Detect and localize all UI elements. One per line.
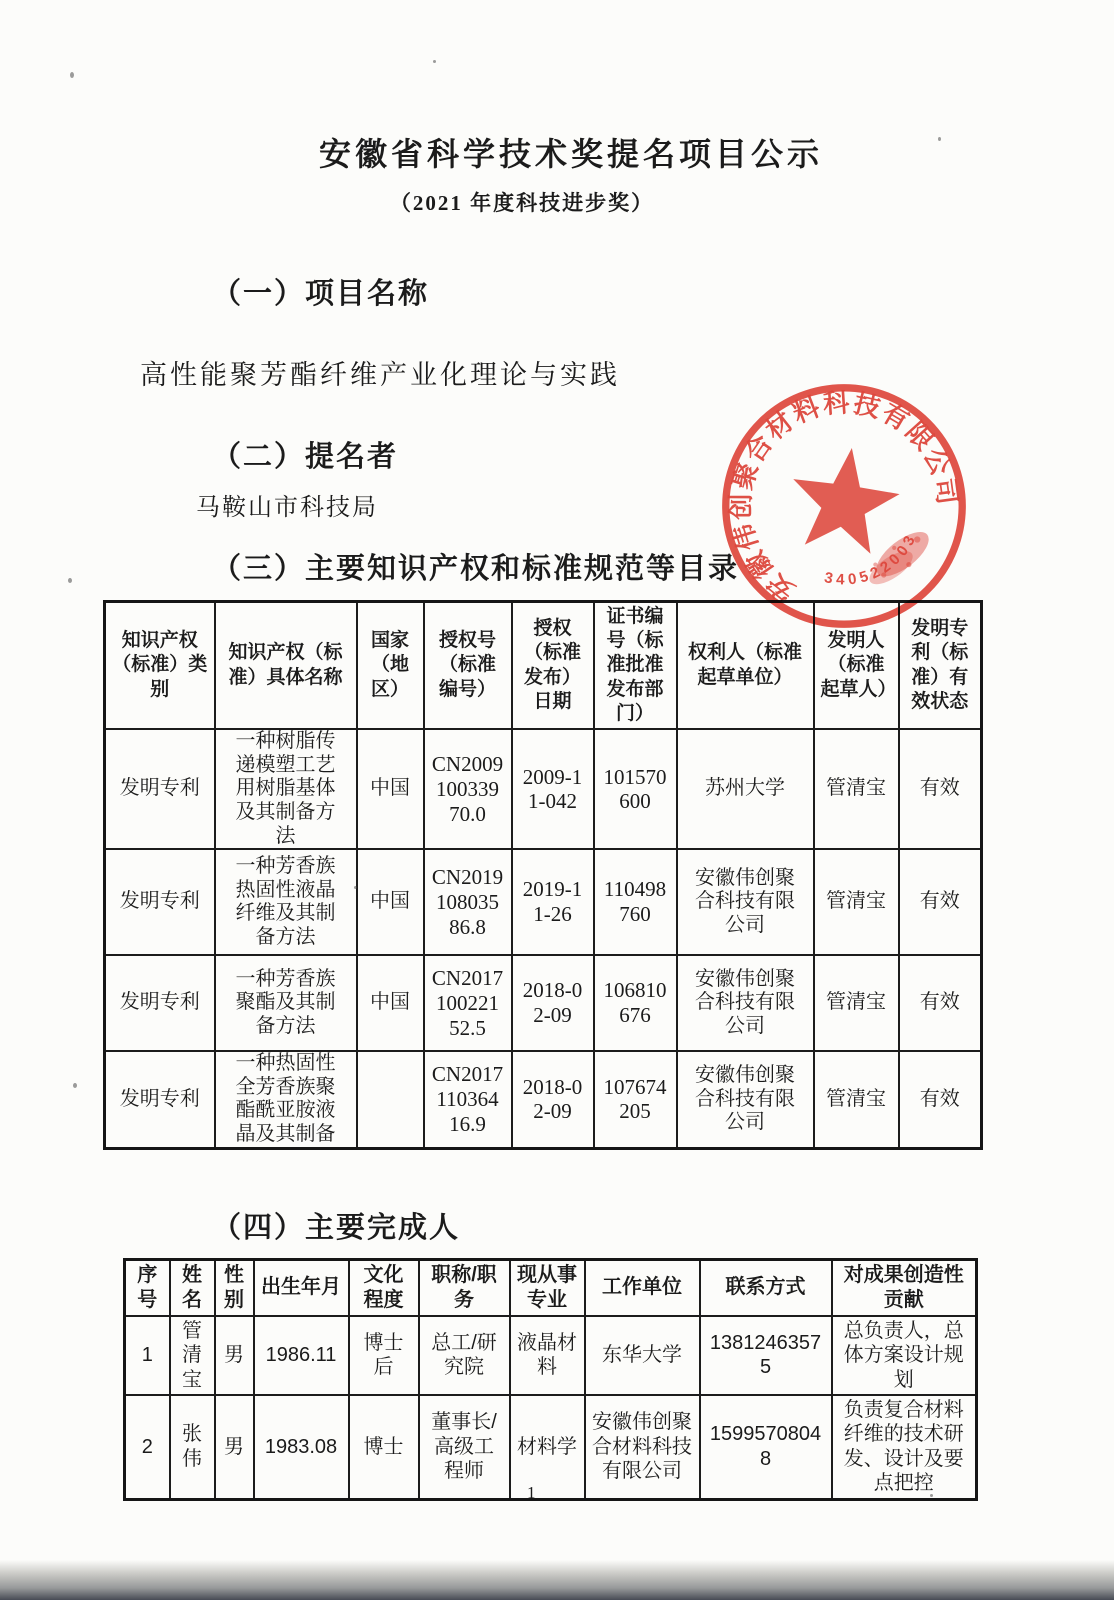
people-header-birth: 出生年月 (254, 1259, 349, 1316)
section-2-heading: （二）提名者 (0, 439, 1114, 475)
ipr-cell-country: 中国 (357, 849, 424, 955)
section-4-heading: （四）主要完成人 (0, 1210, 1114, 1246)
ipr-cell-status: 有效 (899, 955, 982, 1051)
ipr-cell-category: 发明专利 (105, 729, 215, 849)
people-header-title: 职称/职务 (419, 1259, 510, 1316)
people-header-name: 姓名 (170, 1259, 215, 1316)
ipr-cell-owner: 安徽伟创聚合科技有限公司 (677, 1051, 814, 1148)
scan-speck (354, 886, 357, 889)
people-cell-employer: 东华大学 (585, 1316, 700, 1395)
ipr-cell-inventor: 管清宝 (814, 1051, 899, 1148)
people-cell-title: 总工/研究院 (419, 1316, 510, 1395)
ipr-cell-cert-no: 107674205 (594, 1051, 677, 1148)
ipr-table: 知识产权（标准）类别 知识产权（标准）具体名称 国家（地区） 授权号（标准编号）… (103, 600, 983, 1150)
ipr-header-auth-no: 授权号（标准编号） (424, 601, 512, 729)
ipr-cell-auth-date: 2009-11-042 (512, 729, 594, 849)
ipr-cell-name: 一种树脂传递模塑工艺用树脂基体及其制备方法 (215, 729, 357, 849)
page-number: 1 (527, 1484, 536, 1501)
people-cell-education: 博士 (349, 1395, 419, 1499)
people-header-employer: 工作单位 (585, 1259, 700, 1316)
people-cell-title: 董事长/高级工程师 (419, 1395, 510, 1499)
ipr-cell-owner: 苏州大学 (677, 729, 814, 849)
ipr-cell-cert-no: 106810676 (594, 955, 677, 1051)
scan-speck (70, 72, 74, 78)
ipr-cell-auth-no: CN201711036416.9 (424, 1051, 512, 1148)
ipr-cell-auth-no: CN201910803586.8 (424, 849, 512, 955)
ipr-cell-auth-no: CN201710022152.5 (424, 955, 512, 1051)
people-cell-gender: 男 (215, 1395, 254, 1499)
ipr-cell-cert-no: 110498760 (594, 849, 677, 955)
project-name: 高性能聚芳酯纤维产业化理论与实践 (0, 358, 1114, 393)
ipr-header-auth-date: 授权（标准发布）日期 (512, 601, 594, 729)
people-cell-employer: 安徽伟创聚合材料科技有限公司 (585, 1395, 700, 1499)
ipr-cell-owner: 安徽伟创聚合科技有限公司 (677, 849, 814, 955)
people-cell-education: 博士后 (349, 1316, 419, 1395)
document-subtitle: （2021 年度科技进步奖） (0, 190, 1114, 217)
document-title: 安徽省科学技术奖提名项目公示 (0, 135, 1114, 173)
people-cell-contact: 13812463575 (700, 1316, 832, 1395)
ipr-cell-auth-date: 2018-02-09 (512, 1051, 594, 1148)
people-cell-no: 1 (125, 1316, 170, 1395)
scan-bottom-edge (0, 1560, 1114, 1600)
ipr-cell-auth-date: 2019-11-26 (512, 849, 594, 955)
people-cell-field: 材料学 (510, 1395, 585, 1499)
people-cell-field: 液晶材料 (510, 1316, 585, 1395)
ipr-cell-auth-no: CN200910033970.0 (424, 729, 512, 849)
ipr-header-category: 知识产权（标准）类别 (105, 601, 215, 729)
ipr-cell-category: 发明专利 (105, 955, 215, 1051)
ipr-cell-auth-date: 2018-02-09 (512, 955, 594, 1051)
ipr-cell-inventor: 管清宝 (814, 729, 899, 849)
ipr-cell-owner: 安徽伟创聚合科技有限公司 (677, 955, 814, 1051)
ipr-cell-country (357, 1051, 424, 1148)
ipr-cell-status: 有效 (899, 729, 982, 849)
ipr-cell-category: 发明专利 (105, 849, 215, 955)
ipr-cell-name: 一种芳香族热固性液晶纤维及其制备方法 (215, 849, 357, 955)
ipr-header-country: 国家（地区） (357, 601, 424, 729)
people-header-education: 文化程度 (349, 1259, 419, 1316)
ipr-cell-name: 一种热固性全芳香族聚酯酰亚胺液晶及其制备 (215, 1051, 357, 1148)
people-cell-name: 张伟 (170, 1395, 215, 1499)
people-table-row: 1 管清宝 男 1986.11 博士后 总工/研究院 液晶材料 东华大学 138… (125, 1316, 977, 1395)
people-cell-name: 管清宝 (170, 1316, 215, 1395)
people-cell-contact: 15995708048 (700, 1395, 832, 1499)
ipr-table-row: 发明专利 一种芳香族热固性液晶纤维及其制备方法 中国 CN20191080358… (105, 849, 982, 955)
nominator-name: 马鞍山市科技局 (0, 493, 1114, 524)
people-header-contact: 联系方式 (700, 1259, 832, 1316)
ipr-cell-country: 中国 (357, 729, 424, 849)
people-cell-contribution: 总负责人，总体方案设计规划 (832, 1316, 977, 1395)
ipr-header-owner: 权利人（标准起草单位） (677, 601, 814, 729)
people-header-gender: 性别 (215, 1259, 254, 1316)
ipr-cell-status: 有效 (899, 1051, 982, 1148)
ipr-cell-inventor: 管清宝 (814, 955, 899, 1051)
scan-speck (930, 1494, 933, 1497)
ipr-header-row: 知识产权（标准）类别 知识产权（标准）具体名称 国家（地区） 授权号（标准编号）… (105, 601, 982, 729)
people-table-row: 2 张伟 男 1983.08 博士 董事长/高级工程师 材料学 安徽伟创聚合材料… (125, 1395, 977, 1499)
ipr-cell-name: 一种芳香族聚酯及其制备方法 (215, 955, 357, 1051)
ipr-table-row: 发明专利 一种树脂传递模塑工艺用树脂基体及其制备方法 中国 CN20091003… (105, 729, 982, 849)
people-cell-contribution: 负责复合材料纤维的技术研发、设计及要点把控 (832, 1395, 977, 1499)
ipr-table-row: 发明专利 一种热固性全芳香族聚酯酰亚胺液晶及其制备 CN201711036416… (105, 1051, 982, 1148)
ipr-table-row: 发明专利 一种芳香族聚酯及其制备方法 中国 CN201710022152.5 2… (105, 955, 982, 1051)
document-page: 安徽省科学技术奖提名项目公示 （2021 年度科技进步奖） （一）项目名称 高性… (0, 0, 1114, 1600)
ipr-header-status: 发明专利（标准）有效状态 (899, 601, 982, 729)
scan-speck (938, 137, 941, 141)
people-table: 序号 姓名 性别 出生年月 文化程度 职称/职务 现从事专业 工作单位 联系方式… (123, 1258, 978, 1501)
ipr-header-name: 知识产权（标准）具体名称 (215, 601, 357, 729)
ipr-cell-cert-no: 101570600 (594, 729, 677, 849)
people-cell-birth: 1986.11 (254, 1316, 349, 1395)
scan-speck (68, 578, 72, 583)
ipr-cell-inventor: 管清宝 (814, 849, 899, 955)
people-cell-gender: 男 (215, 1316, 254, 1395)
scan-speck (433, 60, 436, 63)
people-header-field: 现从事专业 (510, 1259, 585, 1316)
ipr-cell-status: 有效 (899, 849, 982, 955)
people-header-row: 序号 姓名 性别 出生年月 文化程度 职称/职务 现从事专业 工作单位 联系方式… (125, 1259, 977, 1316)
scan-speck (73, 1083, 77, 1088)
section-1-heading: （一）项目名称 (0, 276, 1114, 312)
people-cell-no: 2 (125, 1395, 170, 1499)
ipr-cell-country: 中国 (357, 955, 424, 1051)
ipr-header-inventor: 发明人（标准起草人） (814, 601, 899, 729)
section-3-heading: （三）主要知识产权和标准规范等目录 (0, 551, 1114, 587)
ipr-cell-category: 发明专利 (105, 1051, 215, 1148)
people-cell-birth: 1983.08 (254, 1395, 349, 1499)
people-header-contribution: 对成果创造性贡献 (832, 1259, 977, 1316)
people-header-no: 序号 (125, 1259, 170, 1316)
ipr-header-cert-no: 证书编号（标准批准发布部门） (594, 601, 677, 729)
